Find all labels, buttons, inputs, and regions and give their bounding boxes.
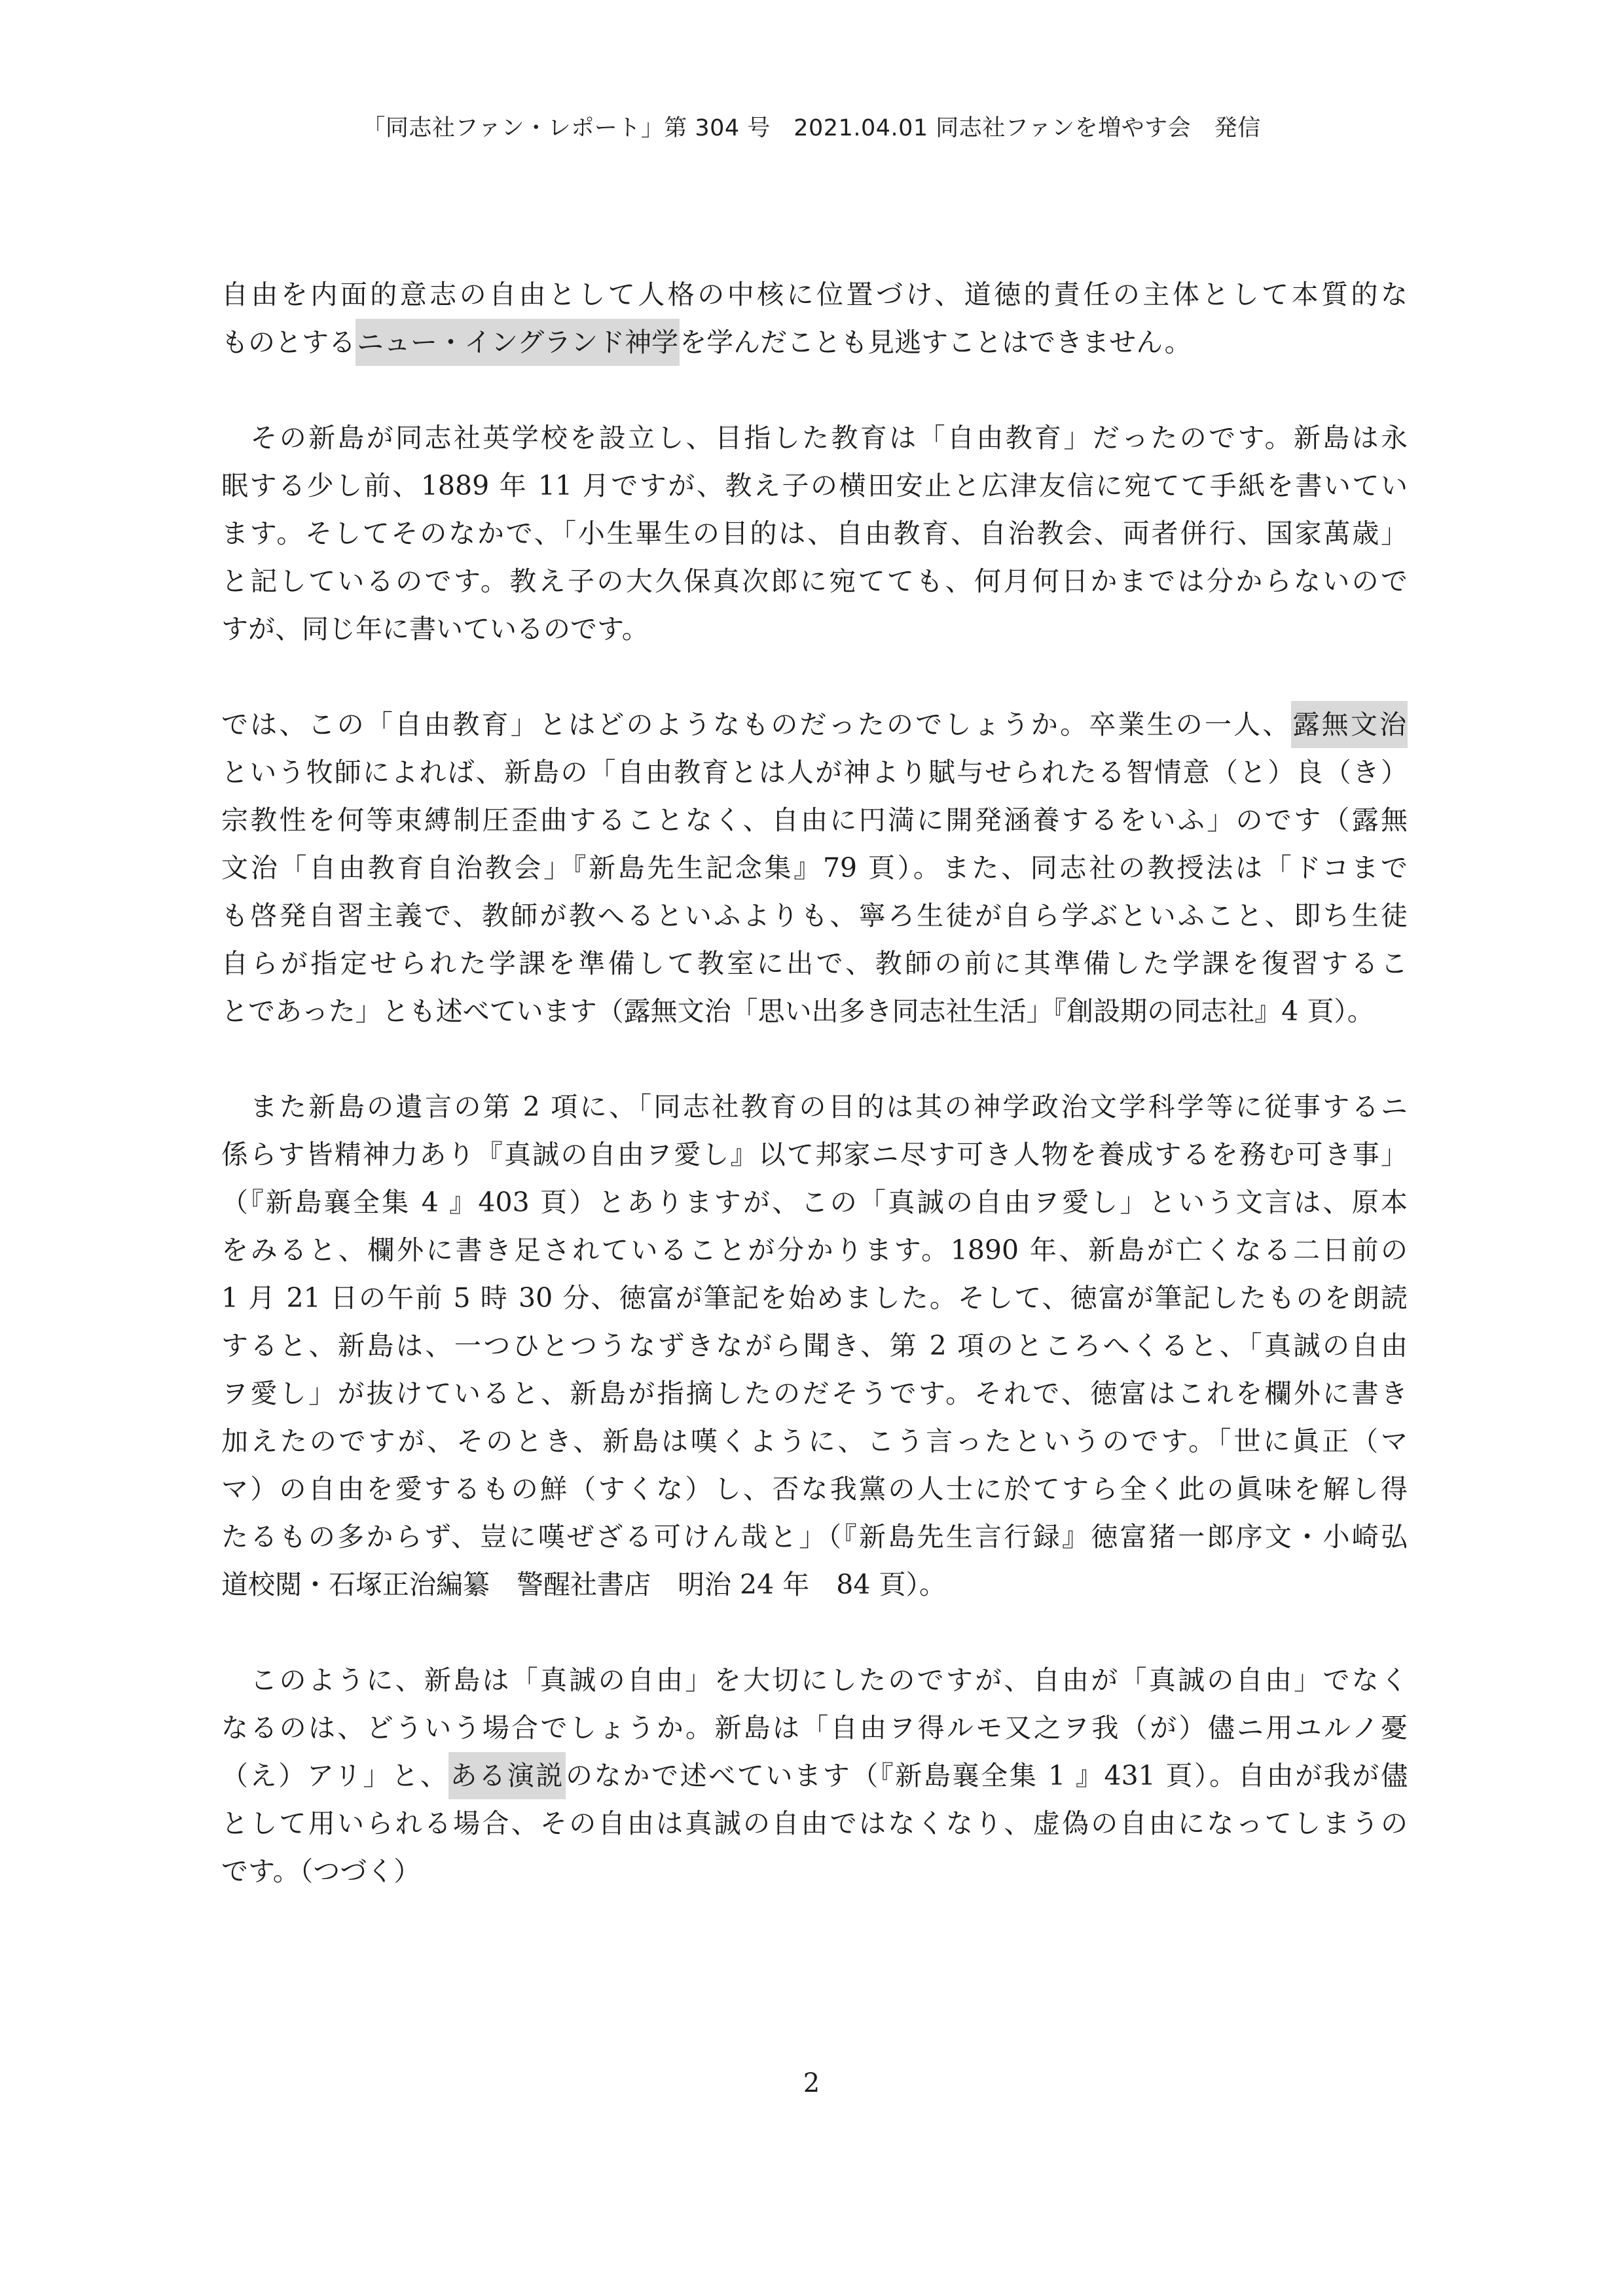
text-line: 1 月 21 日の午前 5 時 30 分、徳富が筆記を始めました。そして、徳富が…: [221, 1274, 1408, 1322]
text-line: 自由を内面的意志の自由として人格の中核に位置づけ、道徳的責任の主体として本質的な: [221, 271, 1408, 319]
text-segment: なるのは、どういう場合でしょうか。新島は「自由ヲ得ルモ又之ヲ我（が）儘ニ用ユルノ…: [221, 1712, 1408, 1744]
text-segment: 1 月 21 日の午前 5 時 30 分、徳富が筆記を始めました。そして、徳富が…: [221, 1282, 1408, 1314]
text-segment: マ）の自由を愛するもの鮮（すくな）し、否な我黨の人士に於てすら全く此の眞味を解し…: [221, 1473, 1408, 1505]
text-line: 文治「自由教育自治教会」『新島先生記念集』79 頁）。また、同志社の教授法は「ド…: [221, 844, 1408, 892]
highlighted-text: 露無文治: [1291, 701, 1408, 748]
text-line: とであった」とも述べています（露無文治「思い出多き同志社生活」『創設期の同志社』…: [221, 988, 1408, 1035]
text-segment: 自由を内面的意志の自由として人格の中核に位置づけ、道徳的責任の主体として本質的な: [221, 279, 1408, 310]
highlighted-text: ある演説: [448, 1752, 566, 1799]
text-line: 加えたのですが、そのとき、新島は嘆くように、こう言ったというのです。「世に眞正（…: [221, 1418, 1408, 1465]
text-segment: という牧師によれば、新島の「自由教育とは人が神より賦与せられたる智情意（と）良（…: [221, 757, 1408, 788]
text-segment: 加えたのですが、そのとき、新島は嘆くように、こう言ったというのです。「世に眞正（…: [221, 1426, 1408, 1457]
text-line: ものとするニュー・イングランド神学を学んだことも見逃すことはできません。: [221, 319, 1408, 367]
text-line: という牧師によれば、新島の「自由教育とは人が神より賦与せられたる智情意（と）良（…: [221, 749, 1408, 797]
text-line: ヲ愛し」が抜けていると、新島が指摘したのだそうです。それで、徳富はこれを欄外に書…: [221, 1370, 1408, 1418]
text-line: 宗教性を何等束縛制圧歪曲することなく、自由に円満に開発涵養するをいふ」のです（露…: [221, 797, 1408, 844]
text-line: です。（つづく）: [221, 1848, 1408, 1895]
text-segment: 文治「自由教育自治教会」『新島先生記念集』79 頁）。また、同志社の教授法は「ド…: [221, 852, 1408, 884]
text-line: 係らす皆精神力あり『真誠の自由ヲ愛し』以て邦家ニ尽す可き人物を養成するを務む可き…: [221, 1131, 1408, 1179]
text-segment: ヲ愛し」が抜けていると、新島が指摘したのだそうです。それで、徳富はこれを欄外に書…: [221, 1378, 1408, 1409]
text-segment: ます。そしてそのなかで、「小生畢生の目的は、自由教育、自治教会、両者併行、国家萬…: [221, 518, 1408, 549]
text-line: と記しているのです。教え子の大久保真次郎に宛てても、何月何日かまでは分からないの…: [221, 558, 1408, 605]
text-line: その新島が同志社英学校を設立し、目指した教育は「自由教育」だったのです。新島は永: [221, 414, 1408, 462]
text-line: では、この「自由教育」とはどのようなものだったのでしょうか。卒業生の一人、露無文…: [221, 701, 1408, 749]
paragraph: その新島が同志社英学校を設立し、目指した教育は「自由教育」だったのです。新島は永…: [221, 414, 1408, 653]
text-line: すると、新島は、一つひとつうなずきながら聞き、第 2 項のところへくると、「真誠…: [221, 1322, 1408, 1370]
report-header: 「同志社ファン・レポート」第 304 号 2021.04.01 同志社ファンを増…: [0, 114, 1623, 143]
text-segment: ものとする: [221, 327, 356, 358]
text-line: 道校閲・石塚正治編纂 警醒社書店 明治 24 年 84 頁）。: [221, 1561, 1408, 1609]
paragraph: では、この「自由教育」とはどのようなものだったのでしょうか。卒業生の一人、露無文…: [221, 701, 1408, 1035]
text-line: ます。そしてそのなかで、「小生畢生の目的は、自由教育、自治教会、両者併行、国家萬…: [221, 510, 1408, 558]
text-segment: このように、新島は「真誠の自由」を大切にしたのですが、自由が「真誠の自由」でなく: [221, 1664, 1408, 1696]
document-body: 自由を内面的意志の自由として人格の中核に位置づけ、道徳的責任の主体として本質的な…: [221, 271, 1408, 1943]
text-line: 自らが指定せられた学課を準備して教室に出で、教師の前に其準備した学課を復習するこ: [221, 940, 1408, 988]
text-segment: として用いられる場合、その自由は真誠の自由ではなくなり、虚偽の自由になってしまう…: [221, 1808, 1408, 1839]
text-segment: 係らす皆精神力あり『真誠の自由ヲ愛し』以て邦家ニ尽す可き人物を養成するを務む可き…: [221, 1139, 1408, 1170]
text-segment: とであった」とも述べています（露無文治「思い出多き同志社生活」『創設期の同志社』…: [221, 996, 1374, 1027]
text-segment: のなかで述べています（『新島襄全集 1 』431 頁）。自由が我が儘: [566, 1760, 1408, 1791]
text-line: も啓発自習主義で、教師が教へるといふよりも、寧ろ生徒が自ら学ぶといふこと、即ち生…: [221, 892, 1408, 940]
text-line: このように、新島は「真誠の自由」を大切にしたのですが、自由が「真誠の自由」でなく: [221, 1657, 1408, 1704]
text-segment: たるもの多からず、豈に嘆ぜざる可けん哉と」（『新島先生言行録』徳富猪一郎序文・小…: [221, 1521, 1408, 1552]
text-segment: も啓発自習主義で、教師が教へるといふよりも、寧ろ生徒が自ら学ぶといふこと、即ち生…: [221, 900, 1408, 931]
text-segment: です。（つづく）: [221, 1856, 420, 1887]
text-segment: （え）アリ」と、: [221, 1760, 448, 1791]
text-segment: と記しているのです。教え子の大久保真次郎に宛てても、何月何日かまでは分からないの…: [221, 565, 1408, 597]
text-segment: を学んだことも見逃すことはできません。: [680, 327, 1191, 358]
highlighted-text: ニュー・イングランド神学: [356, 319, 680, 366]
text-segment: をみると、欄外に書き足されていることが分かります。1890 年、新島が亡くなる二…: [221, 1234, 1408, 1266]
text-segment: 自らが指定せられた学課を準備して教室に出で、教師の前に其準備した学課を復習するこ: [221, 948, 1408, 979]
text-line: また新島の遺言の第 2 項に、「同志社教育の目的は其の神学政治文学科学等に従事す…: [221, 1083, 1408, 1131]
text-segment: その新島が同志社英学校を設立し、目指した教育は「自由教育」だったのです。新島は永: [221, 422, 1408, 454]
text-segment: また新島の遺言の第 2 項に、「同志社教育の目的は其の神学政治文学科学等に従事す…: [221, 1091, 1408, 1122]
text-segment: 眠する少し前、1889 年 11 月ですが、教え子の横田安止と広津友信に宛てて手…: [221, 470, 1408, 501]
text-line: として用いられる場合、その自由は真誠の自由ではなくなり、虚偽の自由になってしまう…: [221, 1800, 1408, 1848]
text-segment: すが、同じ年に書いているのです。: [221, 613, 649, 645]
page-number: 2: [0, 2067, 1623, 2100]
text-line: （『新島襄全集 4 』403 頁）とありますが、この「真誠の自由ヲ愛し」という文…: [221, 1179, 1408, 1227]
document-page: 「同志社ファン・レポート」第 304 号 2021.04.01 同志社ファンを増…: [0, 0, 1623, 2296]
text-line: たるもの多からず、豈に嘆ぜざる可けん哉と」（『新島先生言行録』徳富猪一郎序文・小…: [221, 1513, 1408, 1561]
text-line: マ）の自由を愛するもの鮮（すくな）し、否な我黨の人士に於てすら全く此の眞味を解し…: [221, 1465, 1408, 1513]
text-line: （え）アリ」と、ある演説のなかで述べています（『新島襄全集 1 』431 頁）。…: [221, 1752, 1408, 1800]
text-segment: すると、新島は、一つひとつうなずきながら聞き、第 2 項のところへくると、「真誠…: [221, 1330, 1408, 1361]
text-line: をみると、欄外に書き足されていることが分かります。1890 年、新島が亡くなる二…: [221, 1227, 1408, 1274]
text-line: すが、同じ年に書いているのです。: [221, 605, 1408, 653]
text-segment: 道校閲・石塚正治編纂 警醒社書店 明治 24 年 84 頁）。: [221, 1569, 946, 1600]
text-line: 眠する少し前、1889 年 11 月ですが、教え子の横田安止と広津友信に宛てて手…: [221, 462, 1408, 510]
text-segment: （『新島襄全集 4 』403 頁）とありますが、この「真誠の自由ヲ愛し」という文…: [221, 1187, 1408, 1218]
text-segment: では、この「自由教育」とはどのようなものだったのでしょうか。卒業生の一人、: [221, 709, 1291, 740]
text-segment: 宗教性を何等束縛制圧歪曲することなく、自由に円満に開発涵養するをいふ」のです（露…: [221, 804, 1408, 836]
paragraph: また新島の遺言の第 2 項に、「同志社教育の目的は其の神学政治文学科学等に従事す…: [221, 1083, 1408, 1609]
paragraph: 自由を内面的意志の自由として人格の中核に位置づけ、道徳的責任の主体として本質的な…: [221, 271, 1408, 367]
text-line: なるのは、どういう場合でしょうか。新島は「自由ヲ得ルモ又之ヲ我（が）儘ニ用ユルノ…: [221, 1704, 1408, 1752]
paragraph: このように、新島は「真誠の自由」を大切にしたのですが、自由が「真誠の自由」でなく…: [221, 1657, 1408, 1895]
